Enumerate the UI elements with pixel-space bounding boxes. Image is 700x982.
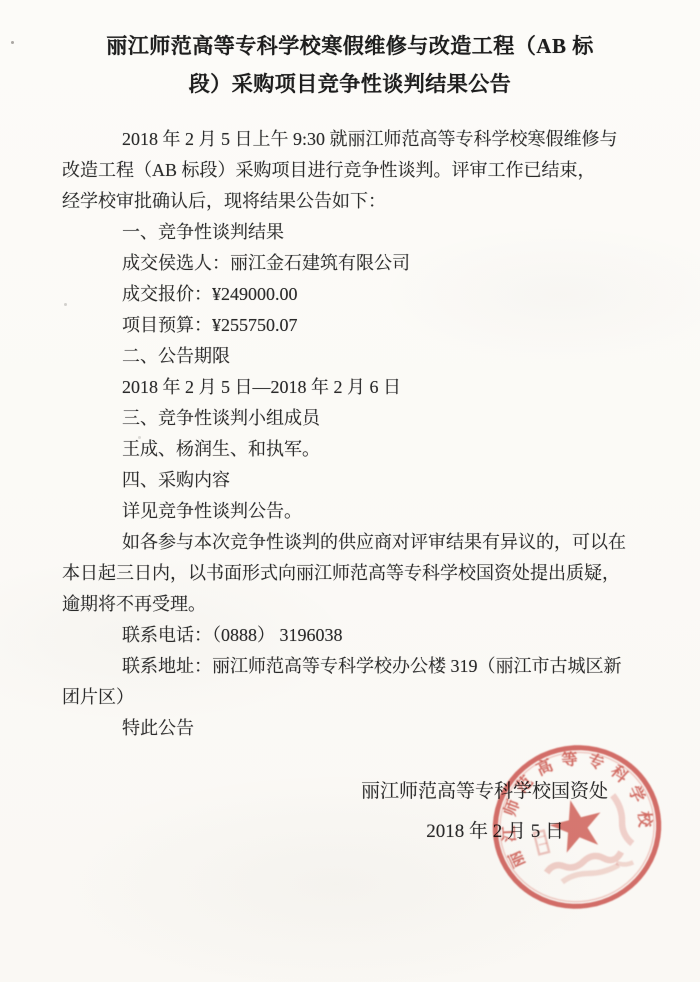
document-title-line1: 丽江师范高等专科学校寒假维修与改造工程（AB 标	[0, 27, 700, 65]
body-line-section-4: 四、采购内容	[62, 465, 645, 496]
body-line-budget: 项目预算：¥255750.07	[62, 310, 645, 341]
body-line-period: 2018 年 2 月 5 日—2018 年 2 月 6 日	[62, 372, 645, 403]
body-line-address: 联系地址：丽江师范高等专科学校办公楼 319（丽江市古城区新	[62, 651, 645, 682]
body-line-winner: 成交侯选人：丽江金石建筑有限公司	[62, 248, 645, 279]
body-line: 经学校审批确认后，现将结果公告如下：	[62, 186, 645, 217]
body-line: 改造工程（AB 标段）采购项目进行竞争性谈判。评审工作已结束，	[62, 155, 645, 186]
official-seal: 丽江师范高等专科学校	[483, 735, 671, 919]
body-line-phone: 联系电话：（0888） 3196038	[62, 620, 645, 651]
body-line-price: 成交报价：¥249000.00	[62, 279, 645, 310]
body-line-section-1: 一、竞争性谈判结果	[62, 217, 645, 248]
body-line: 逾期将不再受理。	[62, 589, 645, 620]
body-line-members: 王成、杨润生、和执军。	[62, 434, 645, 465]
body-line: 团片区）	[62, 682, 645, 713]
scan-speck	[138, 436, 141, 439]
body-line: 详见竞争性谈判公告。	[62, 496, 645, 527]
scan-speck	[11, 41, 14, 44]
scan-speck	[64, 303, 67, 306]
body-line: 本日起三日内，以书面形式向丽江师范高等专科学校国资处提出质疑，	[62, 558, 645, 589]
document-title: 丽江师范高等专科学校寒假维修与改造工程（AB 标 段）采购项目竞争性谈判结果公告	[0, 0, 700, 103]
body-line-section-2: 二、公告期限	[62, 341, 645, 372]
document-title-line2: 段）采购项目竞争性谈判结果公告	[0, 65, 700, 103]
seal-star-icon	[545, 794, 608, 855]
body-line: 如各参与本次竞争性谈判的供应商对评审结果有异议的，可以在	[62, 527, 645, 558]
body-line-section-3: 三、竞争性谈判小组成员	[62, 403, 645, 434]
body-line: 2018 年 2 月 5 日上午 9:30 就丽江师范高等专科学校寒假维修与	[62, 124, 645, 155]
scanned-announcement-page: 丽江师范高等专科学校寒假维修与改造工程（AB 标 段）采购项目竞争性谈判结果公告…	[0, 0, 700, 982]
seal-ink-smudge	[530, 794, 638, 886]
document-body: 2018 年 2 月 5 日上午 9:30 就丽江师范高等专科学校寒假维修与 改…	[62, 124, 645, 744]
